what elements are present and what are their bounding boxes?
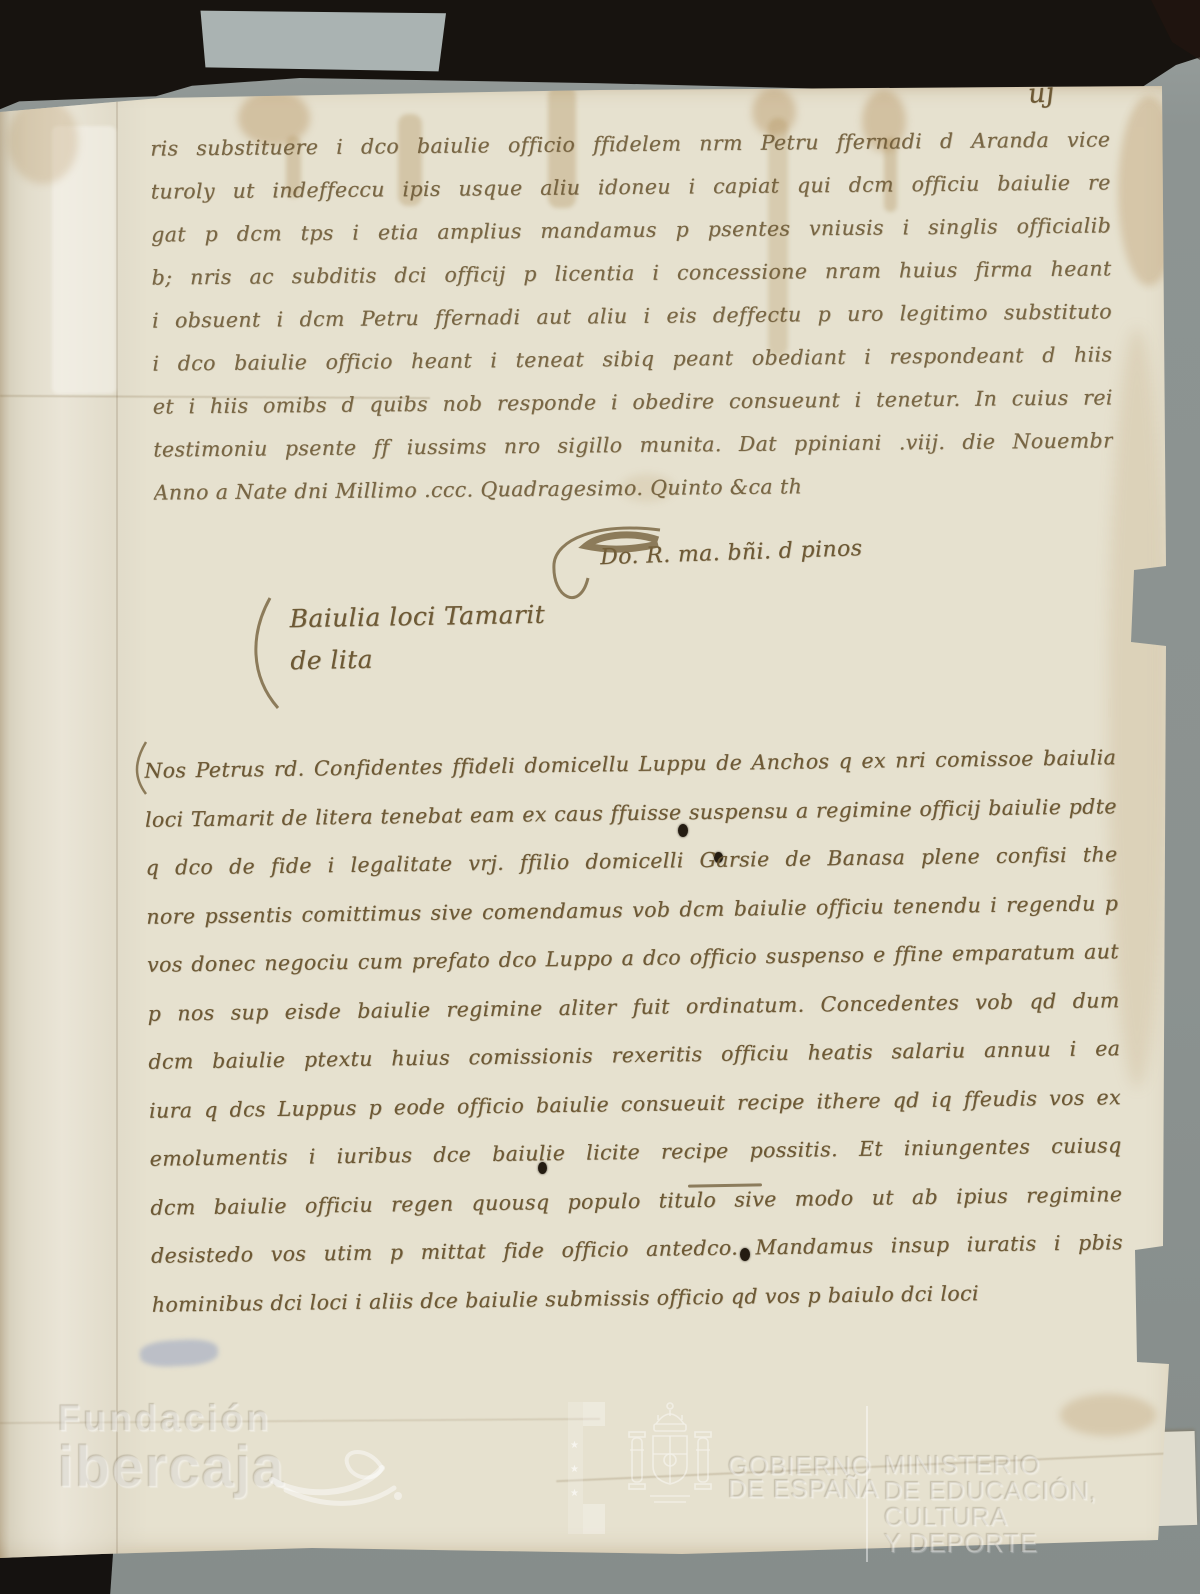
ibercaja-logo-icon <box>268 1438 408 1520</box>
heading-line: de lita <box>290 636 546 682</box>
star-icon: ★ <box>570 1488 579 1499</box>
ministry-watermark-line1: MINISTERIO <box>884 1452 1200 1478</box>
government-watermark: GOBIERNO DE ESPAÑA <box>728 1455 879 1501</box>
heading-line: Baiulia loci Tamarit <box>289 594 545 640</box>
manuscript-paragraph-1: ris substituere i dco baiulie officio ff… <box>150 119 1114 515</box>
star-icon: ★ <box>570 1464 579 1475</box>
ministry-watermark-line2: DE EDUCACIÓN, CULTURA <box>884 1478 1200 1530</box>
section-heading: Baiulia loci Tamarit de lita <box>289 594 546 682</box>
star-icon: ★ <box>570 1440 579 1451</box>
government-watermark-line2: DE ESPAÑA <box>728 1478 879 1501</box>
watermark-divider <box>866 1406 868 1562</box>
ministry-watermark-line3: Y DEPORTE <box>884 1530 1200 1556</box>
scanned-manuscript-view: uj ris substituere i dco baiulie officio… <box>0 0 1200 1594</box>
flag-bar-top-square <box>583 1402 605 1426</box>
flag-bar-bottom-square <box>583 1504 605 1534</box>
manuscript-page: uj ris substituere i dco baiulie officio… <box>0 78 1190 1560</box>
ibercaja-watermark: Fundación ibercaja <box>58 1398 285 1501</box>
gutter-seam <box>116 78 118 1560</box>
stain <box>8 98 78 184</box>
backing-wedge <box>198 8 446 74</box>
ibercaja-watermark-line2: ibercaja <box>58 1434 285 1501</box>
ministry-watermark: MINISTERIO DE EDUCACIÓN, CULTURA Y DEPOR… <box>884 1452 1200 1556</box>
stain <box>1060 1394 1156 1436</box>
spain-coat-of-arms-icon <box>620 1398 720 1524</box>
flag-bar-emblem: ★ ★ ★ <box>568 1402 608 1534</box>
manuscript-paragraph-2: Nos Petrus rd. Confidentes ffideli domic… <box>144 735 1124 1331</box>
text-line: Anno a Nate dni Millimo .ccc. Quadragesi… <box>153 463 1113 515</box>
